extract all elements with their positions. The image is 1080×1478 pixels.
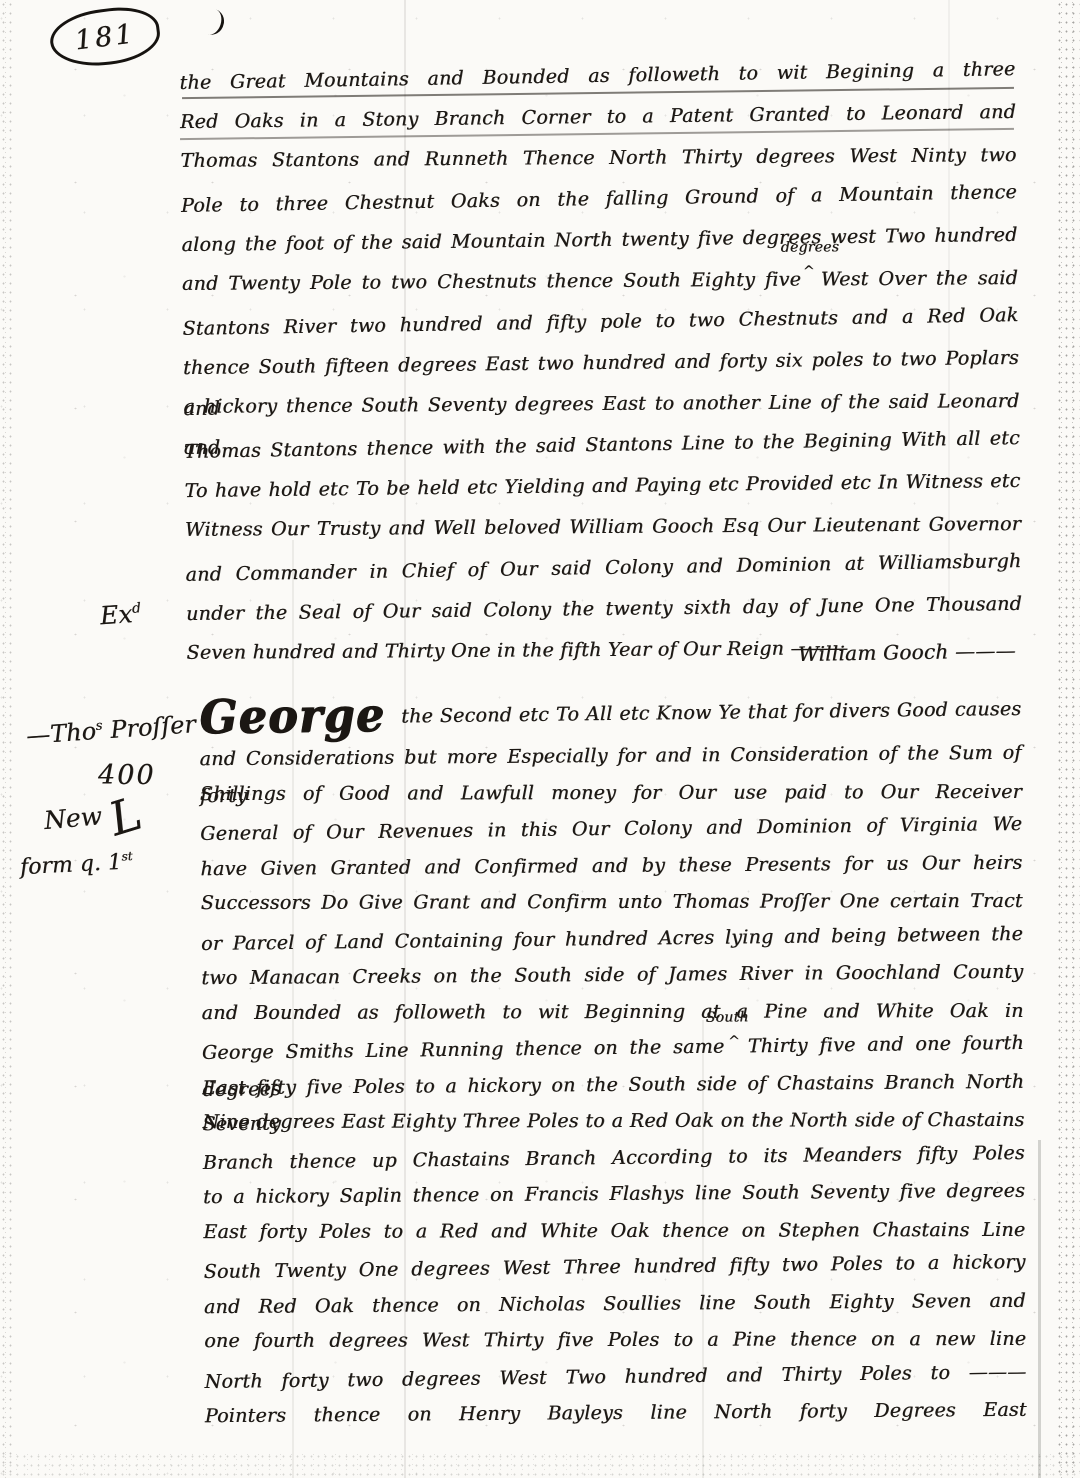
patent-opening-line: Georgethe Second etc To All etc Know Ye … [199,683,1022,743]
right-edge-speckle [1056,0,1080,1478]
patent-line: and Red Oak thence on Nicholas Soullies … [204,1282,1026,1325]
patent-line: East fifty five Poles to a hickory on th… [202,1063,1024,1106]
margin-note-examined: Exd [99,599,142,631]
line-text: and Twenty Pole to two Chestnuts thence … [182,269,811,295]
patent-line: have Given Granted and Confirmed and by … [200,844,1022,887]
new-land-word: New [43,801,111,836]
patent-line: two Manacan Creeks on the South side of … [201,954,1023,997]
patent-1-text-block: the Great Mountains and Bounded as follo… [179,51,1022,676]
patent-line: Shillings of Good and Lawfull money for … [200,773,1022,812]
patent-line: Successors Do Give Grant and Confirm unt… [201,883,1023,922]
patent-2-text-block: Georgethe Second etc To All etc Know Ye … [199,685,1027,1435]
exd-superscript: d [131,600,141,617]
form-fee-number: 1 [107,850,122,876]
margin-dash: — [25,720,51,750]
bottom-edge-speckle [0,1452,1080,1478]
line-text: the Second etc To All etc Know Ye that f… [401,698,1021,728]
caret-mark: ^ [728,1023,740,1060]
margin-note-new-land: New L [42,788,143,850]
king-name-heading: George [199,690,385,745]
page-number: 181 [73,18,137,56]
line-text: West Over the said [811,267,1018,290]
patent-line: Pointers thence on Henry Bayleys line No… [205,1392,1027,1435]
form-fee-superscript: st [121,849,133,864]
fold-crease [1038,1140,1041,1478]
patent-book-page: { "colors": { "ink": "#1b1713", "paper":… [0,0,1080,1478]
patent-line: one fourth degrees West Thirty five Pole… [204,1321,1026,1360]
patentee-base: Tho [49,717,97,748]
line-text: George Smiths Line Running thence on the… [202,1035,736,1064]
patent-line: East forty Poles to a Red and White Oak … [203,1211,1025,1250]
patent-line: Nine degrees East Eighty Three Poles to … [202,1102,1024,1141]
patent-line: and Bounded as followeth to wit Beginnin… [202,992,1024,1031]
left-edge-speckle [0,0,12,1478]
patent-line: and Considerations but more Especially f… [199,735,1021,778]
patent-line: to a hickory Saplin thence on Francis Fl… [203,1173,1025,1216]
exd-base: Ex [99,599,133,630]
form-fee-base: form q. [19,851,108,881]
governor-signature: William Gooch ——— [798,638,1038,666]
caret-mark: ^ [803,252,815,293]
